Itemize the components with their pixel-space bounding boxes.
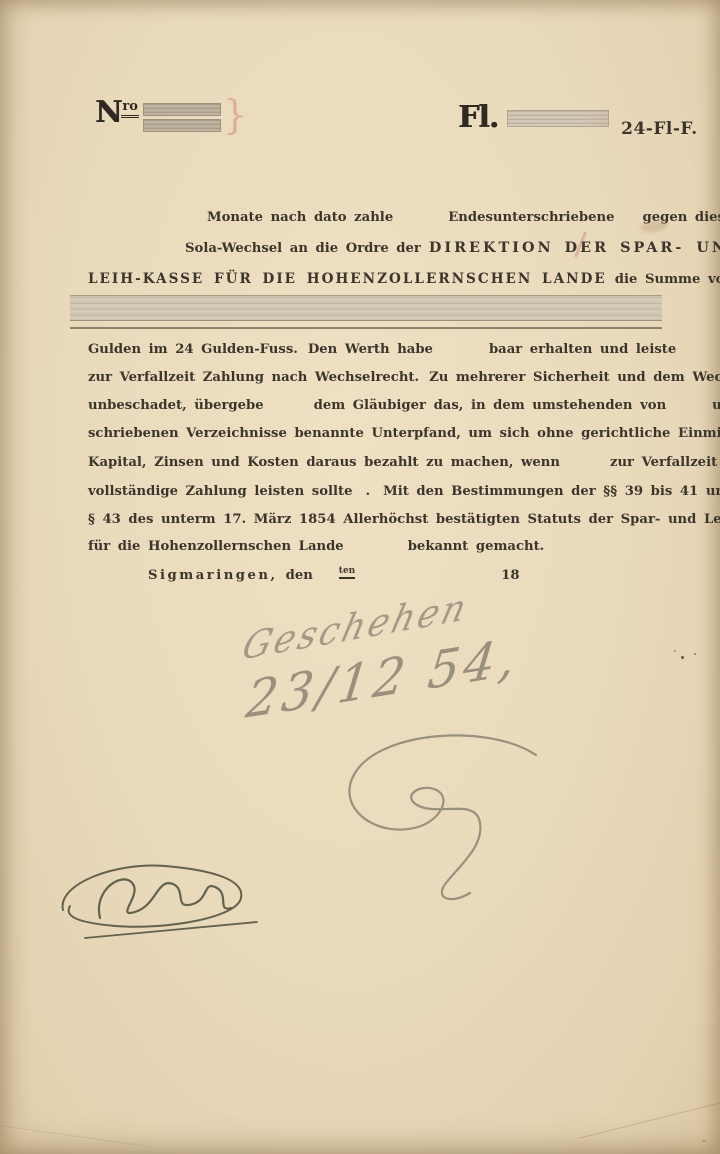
- text-line-8a: Kapital, Zinsen und Kosten daraus bezahl…: [88, 455, 560, 470]
- text-line-1: Monate nach dato zahleEndesunterschriebe…: [0, 208, 720, 228]
- pencil-flourish-paraph: [328, 733, 563, 858]
- text-line-8: Kapital, Zinsen und Kosten daraus bezahl…: [0, 453, 720, 473]
- payee-name-caps: DIREKTION DER SPAR-: [429, 239, 684, 256]
- text-line-7: schriebenen Verzeichnisse benannte Unter…: [0, 424, 720, 444]
- ink-speck: [694, 653, 696, 655]
- amount-in-words-field: [70, 295, 662, 321]
- word-space: [684, 251, 696, 252]
- paper-crease: [0, 1124, 149, 1147]
- ink-speck: [703, 1140, 705, 1142]
- ordinal-suffix: ten: [339, 566, 355, 579]
- text-line-9b: .: [366, 484, 371, 499]
- text-line-8b: zur Verfallzeit nicht: [610, 455, 720, 470]
- amount-field: [507, 110, 609, 127]
- text-line-9a: vollständige Zahlung leisten sollte: [88, 484, 353, 499]
- ink-speck: [674, 650, 676, 652]
- serial-number-field: [143, 103, 221, 132]
- text-line-9: vollständige Zahlung leisten sollte.Mit …: [0, 482, 720, 502]
- text-line-10: § 43 des unterm 17. März 1854 Allerhöchs…: [0, 510, 720, 530]
- text-line-4: Gulden im 24 Gulden-Fuss.Den Werth habeb…: [0, 340, 720, 360]
- text-line-11: für die Hohenzollernschen Landebekannt g…: [0, 537, 720, 557]
- serial-number-block: Nro }: [95, 98, 247, 134]
- text-line-1b: Endesunterschriebene: [448, 210, 614, 225]
- year-prefix: 18: [501, 568, 519, 583]
- text-line-6c: unter-: [712, 398, 720, 413]
- nro-label-superscript: ro: [121, 99, 139, 118]
- amount-in-words-rule: [70, 327, 662, 329]
- red-brace-mark: }: [223, 95, 247, 135]
- ink-speck: [681, 656, 684, 659]
- text-line-11a: für die Hohenzollernschen Lande: [88, 539, 344, 554]
- text-line-4a: Gulden im 24 Gulden-Fuss.: [88, 342, 298, 357]
- serial-number-field-bar-top: [143, 103, 221, 116]
- text-line-6: unbeschadet, übergebedem Gläubiger das, …: [0, 396, 720, 416]
- payee-name-caps-3: LEIH-KASSE FÜR DIE HOHENZOLLERNSCHEN LAN…: [88, 271, 607, 287]
- fill-in-blank: [433, 352, 489, 353]
- serial-number-field-bar-bottom: [143, 119, 221, 132]
- text-line-6b: dem Gläubiger das, in dem umstehenden vo…: [314, 398, 667, 413]
- text-line-9c: Mit den Bestimmungen der §§ 39 bis 41 un…: [383, 484, 720, 499]
- text-line-2a: Sola-Wechsel an die Ordre der: [185, 241, 421, 256]
- currency-standard-label: 24-Fl-F.: [621, 119, 698, 139]
- nro-label: Nro: [95, 98, 139, 128]
- ink-signature: [45, 848, 260, 943]
- fill-in-blank: [264, 408, 314, 409]
- word-space: [421, 251, 429, 252]
- text-line-2: Sola-Wechsel an die Ordre derDIREKTION D…: [0, 238, 720, 259]
- text-line-6a: unbeschadet, übergebe: [88, 398, 264, 413]
- word-space: [419, 380, 429, 381]
- fill-in-blank: [353, 494, 366, 495]
- fill-in-blank: [393, 220, 448, 221]
- fill-in-blank: [614, 220, 642, 221]
- place-label: Sigmaringen,: [148, 568, 278, 583]
- fill-in-blank: [560, 465, 610, 466]
- fill-in-blank: [355, 578, 501, 579]
- word-space: [278, 578, 286, 579]
- fill-in-blank: [666, 408, 712, 409]
- nro-label-main: N: [95, 95, 121, 130]
- text-line-4c: baar erhalten und leiste: [489, 342, 676, 357]
- text-line-3b: die Summe von: [615, 272, 720, 287]
- text-line-5a: zur Verfallzeit Zahlung nach Wechselrech…: [88, 370, 419, 385]
- fill-in-blank: [344, 549, 408, 550]
- word-space: [607, 282, 615, 283]
- text-line-5b: Zu mehrerer Sicherheit und dem Wechselre…: [429, 370, 720, 385]
- document-page: Nro } Fl. 24-Fl-F. Monate nach dato zahl…: [0, 0, 720, 1154]
- word-space: [370, 494, 383, 495]
- text-line-11b: bekannt gemacht.: [408, 539, 545, 554]
- amount-block: Fl. 24-Fl-F.: [458, 103, 698, 139]
- fill-in-blank: [313, 578, 339, 579]
- text-line-5: zur Verfallzeit Zahlung nach Wechselrech…: [0, 368, 720, 388]
- payee-name-caps-2: UND: [696, 239, 720, 256]
- text-line-1a: Monate nach dato zahle: [207, 210, 393, 225]
- paper-crease: [578, 1082, 720, 1139]
- date-word: den: [286, 568, 313, 583]
- text-line-3: LEIH-KASSE FÜR DIE HOHENZOLLERNSCHEN LAN…: [0, 269, 720, 290]
- florin-label: Fl.: [458, 103, 498, 133]
- word-space: [298, 352, 308, 353]
- text-line-4b: Den Werth habe: [308, 342, 433, 357]
- text-line-12: Sigmaringen,denten18: [0, 561, 720, 586]
